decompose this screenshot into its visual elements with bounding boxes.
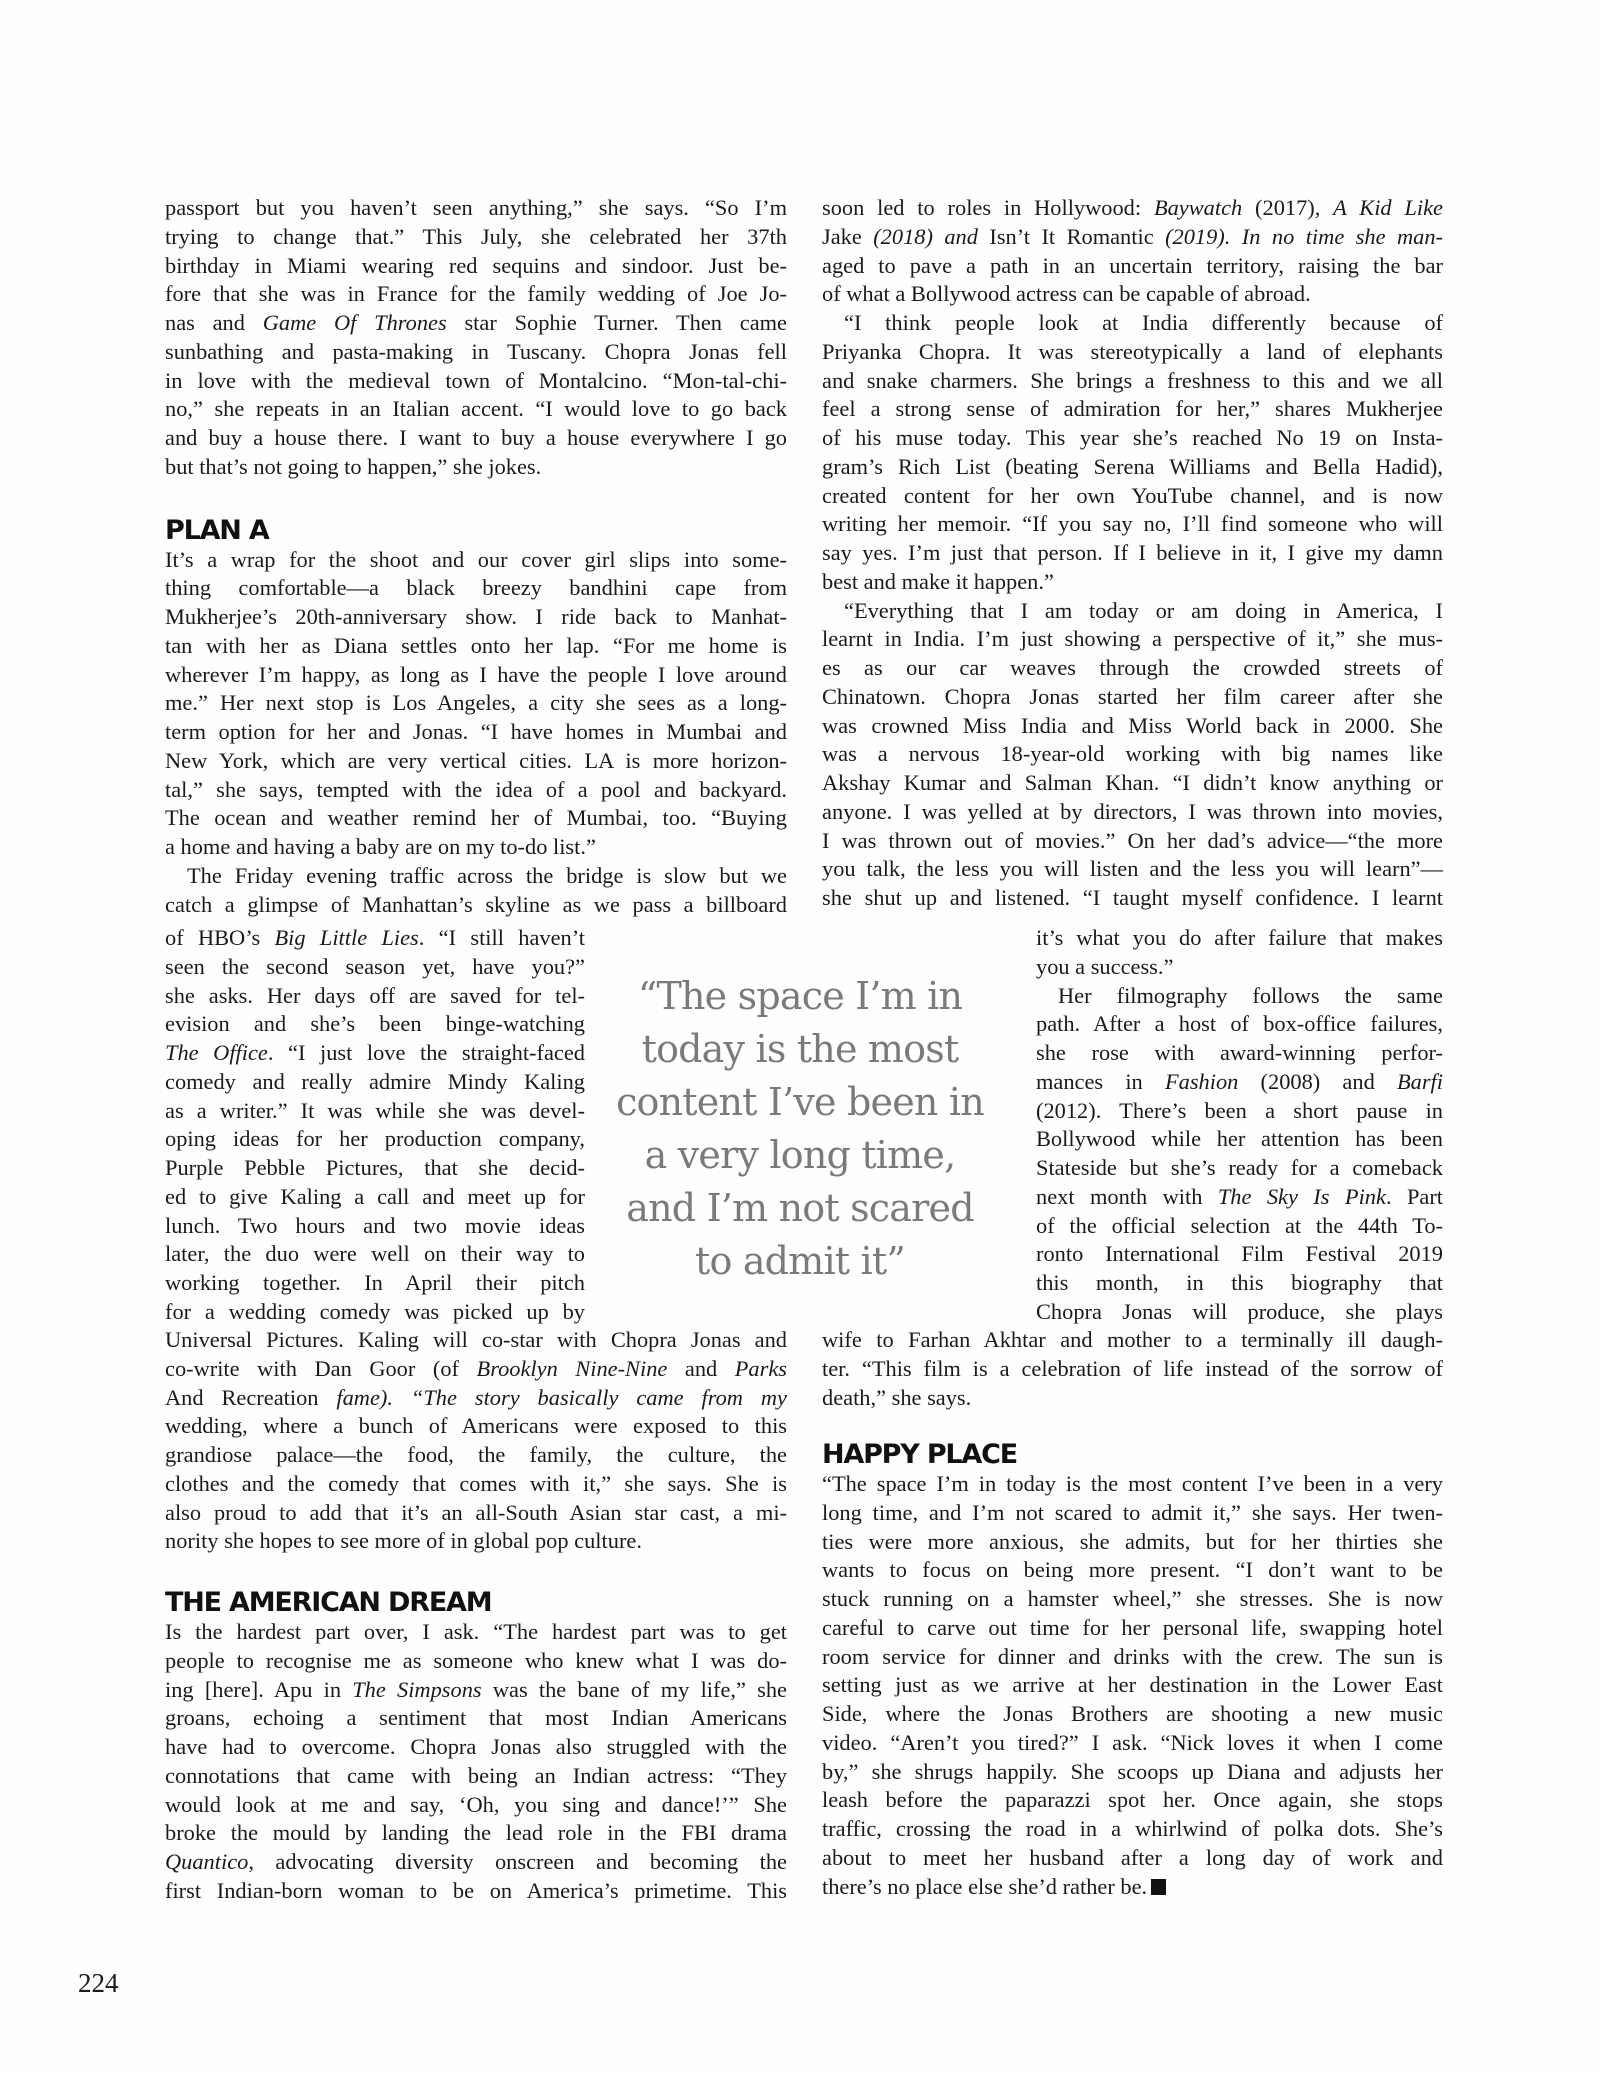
text-line: was crowned Miss India and Miss World ba… <box>822 712 1443 741</box>
text-line: people to recognise me as someone who kn… <box>165 1647 787 1676</box>
text-line: and snake charmers. She brings a freshne… <box>822 367 1443 396</box>
text-line: “The space I’m in today is the most cont… <box>822 1470 1443 1499</box>
text-line: say yes. I’m just that person. If I beli… <box>822 539 1443 568</box>
text-line: death,” she says. <box>822 1384 1443 1413</box>
plan-a-paragraph-2-narrow: of HBO’s Big Little Lies. “I still haven… <box>165 924 585 1327</box>
text-line: by,” she shrugs happily. She scoops up D… <box>822 1758 1443 1787</box>
magazine-page: passport but you haven’t seen anything,”… <box>0 0 1600 2073</box>
left-column-mid: Universal Pictures. Kaling will co-star … <box>165 1326 787 1556</box>
text-line: connotations that came with being an Ind… <box>165 1762 787 1791</box>
text-line: stuck running on a hamster wheel,” she s… <box>822 1585 1443 1614</box>
text-line: you talk, the less you will listen and t… <box>822 855 1443 884</box>
text-line: catch a glimpse of Manhattan’s skyline a… <box>165 891 787 920</box>
plan-a-paragraph-1: It’s a wrap for the shoot and our cover … <box>165 546 787 862</box>
page-number: 224 <box>78 1968 119 1999</box>
right-column-bottom: HAPPY PLACE “The space I’m in today is t… <box>822 1440 1443 1901</box>
text-line: wants to focus on being more present. “I… <box>822 1556 1443 1585</box>
plan-a-paragraph-2-end: Universal Pictures. Kaling will co-star … <box>165 1326 787 1556</box>
text-line: this month, in this biography that <box>1036 1269 1443 1298</box>
pull-quote-line: content I’ve been in <box>590 1076 1010 1129</box>
text-line: leash before the paparazzi spot her. Onc… <box>822 1786 1443 1815</box>
text-line: she asks. Her days off are saved for tel… <box>165 982 585 1011</box>
text-line: evision and she’s been binge-watching <box>165 1010 585 1039</box>
text-line: of his muse today. This year she’s reach… <box>822 424 1443 453</box>
text-line: term option for her and Jonas. “I have h… <box>165 718 787 747</box>
text-line: sunbathing and pasta-making in Tuscany. … <box>165 338 787 367</box>
text-line: Bollywood while her attention has been <box>1036 1125 1443 1154</box>
text-line: me.” Her next stop is Los Angeles, a cit… <box>165 689 787 718</box>
text-line: Akshay Kumar and Salman Khan. “I didn’t … <box>822 769 1443 798</box>
filmography-paragraph-end: wife to Farhan Akhtar and mother to a te… <box>822 1326 1443 1412</box>
text-line: a home and having a baby are on my to-do… <box>165 833 787 862</box>
text-line: passport but you haven’t seen anything,”… <box>165 194 787 223</box>
text-line: have had to overcome. Chopra Jonas also … <box>165 1733 787 1762</box>
text-line: “I think people look at India differentl… <box>822 309 1443 338</box>
text-line: Quantico, advocating diversity onscreen … <box>165 1848 787 1877</box>
text-line: first Indian-born woman to be on America… <box>165 1877 787 1906</box>
text-line: about to meet her husband after a long d… <box>822 1844 1443 1873</box>
text-line: careful to carve out time for her person… <box>822 1614 1443 1643</box>
text-line: And Recreation fame). “The story basical… <box>165 1384 787 1413</box>
text-line: clothes and the comedy that comes with i… <box>165 1470 787 1499</box>
text-line: “Everything that I am today or am doing … <box>822 597 1443 626</box>
text-line: Stateside but she’s ready for a comeback <box>1036 1154 1443 1183</box>
text-line: best and make it happen.” <box>822 568 1443 597</box>
text-line: setting just as we arrive at her destina… <box>822 1671 1443 1700</box>
american-dream-paragraph: Is the hardest part over, I ask. “The ha… <box>165 1618 787 1906</box>
text-line: aged to pave a path in an uncertain terr… <box>822 252 1443 281</box>
text-line: next month with The Sky Is Pink. Part <box>1036 1183 1443 1212</box>
text-line: Mukherjee’s 20th-anniversary show. I rid… <box>165 603 787 632</box>
text-line: as a writer.” It was while she was devel… <box>165 1097 585 1126</box>
text-line: Priyanka Chopra. It was stereotypically … <box>822 338 1443 367</box>
text-line: she rose with award-winning perfor- <box>1036 1039 1443 1068</box>
text-line: oping ideas for her production company, <box>165 1125 585 1154</box>
text-line: I was thrown out of movies.” On her dad’… <box>822 827 1443 856</box>
hollywood-paragraph: soon led to roles in Hollywood: Baywatch… <box>822 194 1443 309</box>
pull-quote-line: a very long time, <box>590 1129 1010 1182</box>
text-line: no,” she repeats in an Italian accent. “… <box>165 395 787 424</box>
text-line: writing her memoir. “If you say no, I’ll… <box>822 510 1443 539</box>
text-line: groans, echoing a sentiment that most In… <box>165 1704 787 1733</box>
text-line: wherever I’m happy, as long as I have th… <box>165 661 787 690</box>
text-line: but that’s not going to happen,” she jok… <box>165 453 787 482</box>
plan-a-paragraph-2-start: The Friday evening traffic across the br… <box>165 862 787 920</box>
intro-paragraph: passport but you haven’t seen anything,”… <box>165 194 787 482</box>
text-line: grandiose palace—the food, the family, t… <box>165 1441 787 1470</box>
end-of-article-square-icon <box>1151 1879 1166 1895</box>
text-line: mances in Fashion (2008) and Barfi <box>1036 1068 1443 1097</box>
text-line: also proud to add that it’s an all-South… <box>165 1499 787 1528</box>
text-line: Is the hardest part over, I ask. “The ha… <box>165 1618 787 1647</box>
text-line: es as our car weaves through the crowded… <box>822 654 1443 683</box>
section-heading-american-dream: THE AMERICAN DREAM <box>165 1588 787 1618</box>
text-line: feel a strong sense of admiration for he… <box>822 395 1443 424</box>
left-column-narrow: of HBO’s Big Little Lies. “I still haven… <box>165 924 585 1327</box>
text-line: for a wedding comedy was picked up by <box>165 1298 585 1327</box>
text-line: created content for her own YouTube chan… <box>822 482 1443 511</box>
text-line: (2012). There’s been a short pause in <box>1036 1097 1443 1126</box>
text-line: tal,” she says, tempted with the idea of… <box>165 776 787 805</box>
text-line: The Friday evening traffic across the br… <box>165 862 787 891</box>
text-line: you a success.” <box>1036 953 1443 982</box>
text-line: Chopra Jonas will produce, she plays <box>1036 1298 1443 1327</box>
text-line: working together. In April their pitch <box>165 1269 585 1298</box>
text-line: ed to give Kaling a call and meet up for <box>165 1183 585 1212</box>
text-line: ties were more anxious, she admits, but … <box>822 1528 1443 1557</box>
text-line: trying to change that.” This July, she c… <box>165 223 787 252</box>
text-line: ronto International Film Festival 2019 <box>1036 1240 1443 1269</box>
text-line: there’s no place else she’d rather be. <box>822 1873 1443 1902</box>
text-line: it’s what you do after failure that make… <box>1036 924 1443 953</box>
text-line: lunch. Two hours and two movie ideas <box>165 1212 585 1241</box>
everything-paragraph: “Everything that I am today or am doing … <box>822 597 1443 913</box>
left-column-bottom: THE AMERICAN DREAM Is the hardest part o… <box>165 1588 787 1906</box>
section-heading-happy-place: HAPPY PLACE <box>822 1440 1443 1470</box>
text-line: learnt in India. I’m just showing a pers… <box>822 625 1443 654</box>
left-column-top: passport but you haven’t seen anything,”… <box>165 194 787 919</box>
pull-quote-line: “The space I’m in <box>590 970 1010 1023</box>
text-line: later, the duo were well on their way to <box>165 1240 585 1269</box>
text-line: gram’s Rich List (beating Serena William… <box>822 453 1443 482</box>
text-line: nority she hopes to see more of in globa… <box>165 1527 787 1556</box>
text-line: It’s a wrap for the shoot and our cover … <box>165 546 787 575</box>
text-line: co-write with Dan Goor (of Brooklyn Nine… <box>165 1355 787 1384</box>
pull-quote-line: today is the most <box>590 1023 1010 1076</box>
text-line: long time, and I’m not scared to admit i… <box>822 1499 1443 1528</box>
text-line: in love with the medieval town of Montal… <box>165 367 787 396</box>
text-line: ing [here]. Apu in The Simpsons was the … <box>165 1676 787 1705</box>
pull-quote-line: and I’m not scared <box>590 1182 1010 1235</box>
right-column-mid: wife to Farhan Akhtar and mother to a te… <box>822 1326 1443 1412</box>
filmography-paragraph-narrow: it’s what you do after failure that make… <box>1036 924 1443 1327</box>
pull-quote-line: to admit it” <box>590 1235 1010 1288</box>
right-column-top: soon led to roles in Hollywood: Baywatch… <box>822 194 1443 913</box>
pull-quote: “The space I’m in today is the most cont… <box>590 970 1010 1288</box>
text-line: birthday in Miami wearing red sequins an… <box>165 252 787 281</box>
text-line: Chinatown. Chopra Jonas started her film… <box>822 683 1443 712</box>
text-line: The Office. “I just love the straight-fa… <box>165 1039 585 1068</box>
text-line: broke the mould by landing the lead role… <box>165 1819 787 1848</box>
text-line: and buy a house there. I want to buy a h… <box>165 424 787 453</box>
text-line: Her filmography follows the same <box>1036 982 1443 1011</box>
text-line: video. “Aren’t you tired?” I ask. “Nick … <box>822 1729 1443 1758</box>
text-line: comedy and really admire Mindy Kaling <box>165 1068 585 1097</box>
text-line: seen the second season yet, have you?” <box>165 953 585 982</box>
text-line: soon led to roles in Hollywood: Baywatch… <box>822 194 1443 223</box>
text-line: New York, which are very vertical cities… <box>165 747 787 776</box>
text-line: Jake (2018) and Isn’t It Romantic (2019)… <box>822 223 1443 252</box>
text-line: ter. “This film is a celebration of life… <box>822 1355 1443 1384</box>
india-quote-paragraph: “I think people look at India differentl… <box>822 309 1443 597</box>
text-line: wedding, where a bunch of Americans were… <box>165 1412 787 1441</box>
text-line: was a nervous 18-year-old working with b… <box>822 740 1443 769</box>
text-line: traffic, crossing the road in a whirlwin… <box>822 1815 1443 1844</box>
text-line: of HBO’s Big Little Lies. “I still haven… <box>165 924 585 953</box>
text-line: she shut up and listened. “I taught myse… <box>822 884 1443 913</box>
text-line: would look at me and say, ‘Oh, you sing … <box>165 1791 787 1820</box>
text-line: Side, where the Jonas Brothers are shoot… <box>822 1700 1443 1729</box>
text-line: Purple Pebble Pictures, that she decid- <box>165 1154 585 1183</box>
text-line: of what a Bollywood actress can be capab… <box>822 280 1443 309</box>
text-line: fore that she was in France for the fami… <box>165 280 787 309</box>
text-line: of the official selection at the 44th To… <box>1036 1212 1443 1241</box>
text-line: Universal Pictures. Kaling will co-star … <box>165 1326 787 1355</box>
text-line: path. After a host of box-office failure… <box>1036 1010 1443 1039</box>
text-line: wife to Farhan Akhtar and mother to a te… <box>822 1326 1443 1355</box>
text-line: room service for dinner and drinks with … <box>822 1643 1443 1672</box>
text-line: anyone. I was yelled at by directors, I … <box>822 798 1443 827</box>
happy-place-paragraph: “The space I’m in today is the most cont… <box>822 1470 1443 1901</box>
text-line: nas and Game Of Thrones star Sophie Turn… <box>165 309 787 338</box>
text-line: thing comfortable—a black breezy bandhin… <box>165 574 787 603</box>
section-heading-plan-a: PLAN A <box>165 516 787 546</box>
text-line: tan with her as Diana settles onto her l… <box>165 632 787 661</box>
right-column-narrow: it’s what you do after failure that make… <box>1036 924 1443 1327</box>
text-line: The ocean and weather remind her of Mumb… <box>165 804 787 833</box>
